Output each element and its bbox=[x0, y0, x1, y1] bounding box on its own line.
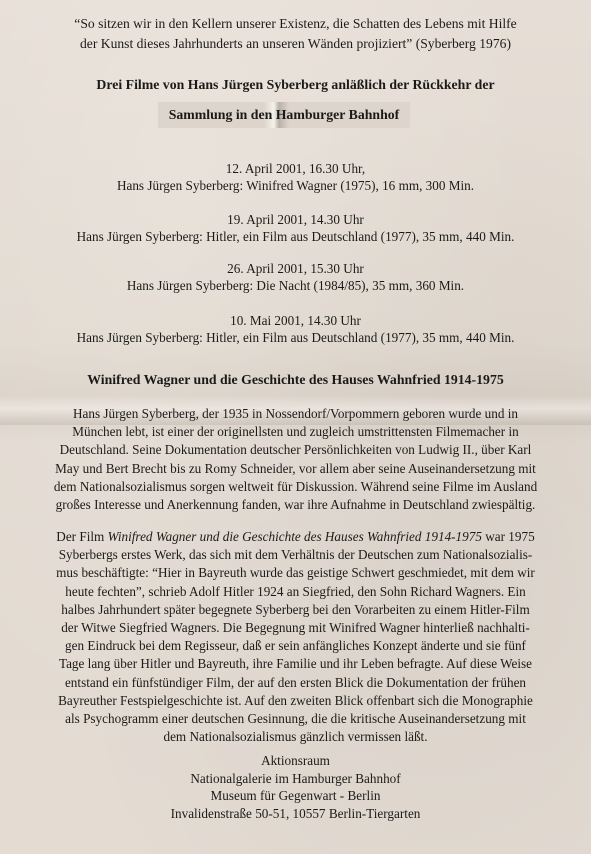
paragraph-line: der Witwe Siegfried Wagners. Die Begegnu… bbox=[12, 619, 579, 637]
paragraph-film-description: Der Film Winifred Wagner und die Geschic… bbox=[12, 528, 579, 746]
paragraph-line: mus beschäftigte: “Hier in Bayreuth wurd… bbox=[12, 564, 579, 582]
screening-film: Hans Jürgen Syberberg: Hitler, ein Film … bbox=[0, 228, 591, 245]
paragraph-biography: Hans Jürgen Syberberg, der 1935 in Nosse… bbox=[12, 405, 579, 514]
headline-line-2: Sammlung in den Hamburger Bahnhof bbox=[158, 102, 410, 128]
paragraph-line: dem Nationalsozialismus gänzlich vermiss… bbox=[12, 728, 579, 746]
screening-date: 10. Mai 2001, 14.30 Uhr bbox=[0, 312, 591, 329]
screening-date: 26. April 2001, 15.30 Uhr bbox=[0, 260, 591, 277]
paragraph-line: dem Nationalsozialismus sorgen weltweit … bbox=[12, 478, 579, 496]
screening-date: 19. April 2001, 14.30 Uhr bbox=[0, 211, 591, 228]
paragraph-line: Der Film Winifred Wagner und die Geschic… bbox=[12, 528, 579, 546]
screening-item: 26. April 2001, 15.30 Uhr Hans Jürgen Sy… bbox=[0, 260, 591, 294]
paragraph-line: München lebt, ist einer der originellste… bbox=[12, 423, 579, 441]
paragraph-line: Bayreuther Festspielgeschichte ist. Auf … bbox=[12, 692, 579, 710]
film-title-italic: Winifred Wagner und die Geschichte des H… bbox=[108, 529, 482, 544]
film-prefix: Der Film bbox=[56, 529, 107, 544]
film-suffix: war 1975 bbox=[482, 529, 535, 544]
document-page: “So sitzen wir in den Kellern unserer Ex… bbox=[0, 0, 591, 854]
address-line: Nationalgalerie im Hamburger Bahnhof bbox=[0, 770, 591, 788]
paragraph-line: heute fechten”, schrieb Adolf Hitler 192… bbox=[12, 583, 579, 601]
venue-address: Aktionsraum Nationalgalerie im Hamburger… bbox=[0, 752, 591, 822]
paragraph-line: halbes Jahrhundert später begegnete Sybe… bbox=[12, 601, 579, 619]
paragraph-line: Deutschland. Seine Dokumentation deutsch… bbox=[12, 441, 579, 459]
screening-item: 19. April 2001, 14.30 Uhr Hans Jürgen Sy… bbox=[0, 211, 591, 245]
paragraph-line: als Psychogramm einer deutschen Gesinnun… bbox=[12, 710, 579, 728]
screening-item: 12. April 2001, 16.30 Uhr, Hans Jürgen S… bbox=[0, 160, 591, 194]
address-line: Aktionsraum bbox=[0, 752, 591, 770]
screening-item: 10. Mai 2001, 14.30 Uhr Hans Jürgen Sybe… bbox=[0, 312, 591, 346]
epigraph-quote: “So sitzen wir in den Kellern unserer Ex… bbox=[0, 14, 591, 54]
paragraph-line: Syberbergs erstes Werk, das sich mit dem… bbox=[12, 546, 579, 564]
quote-line: der Kunst dieses Jahrhunderts an unseren… bbox=[0, 34, 591, 54]
screening-date: 12. April 2001, 16.30 Uhr, bbox=[0, 160, 591, 177]
paragraph-line: May und Bert Brecht bis zu Romy Schneide… bbox=[12, 460, 579, 478]
section-title: Winifred Wagner und die Geschichte des H… bbox=[0, 370, 591, 390]
screening-film: Hans Jürgen Syberberg: Die Nacht (1984/8… bbox=[0, 277, 591, 294]
headline: Drei Filme von Hans Jürgen Syberberg anl… bbox=[0, 75, 591, 95]
paragraph-line: gen Eindruck bei dem Regisseur, daß er s… bbox=[12, 637, 579, 655]
paragraph-line: großes Interesse und Anerkennung fanden,… bbox=[12, 496, 579, 514]
paragraph-line: Hans Jürgen Syberberg, der 1935 in Nosse… bbox=[12, 405, 579, 423]
quote-line: “So sitzen wir in den Kellern unserer Ex… bbox=[0, 14, 591, 34]
address-line: Invalidenstraße 50-51, 10557 Berlin-Tier… bbox=[0, 805, 591, 823]
screening-film: Hans Jürgen Syberberg: Winifred Wagner (… bbox=[0, 177, 591, 194]
screening-film: Hans Jürgen Syberberg: Hitler, ein Film … bbox=[0, 329, 591, 346]
paragraph-line: entstand ein fünfstündiger Film, der auf… bbox=[12, 674, 579, 692]
address-line: Museum für Gegenwart - Berlin bbox=[0, 787, 591, 805]
paragraph-line: Tage lang über Hitler und Bayreuth, ihre… bbox=[12, 655, 579, 673]
